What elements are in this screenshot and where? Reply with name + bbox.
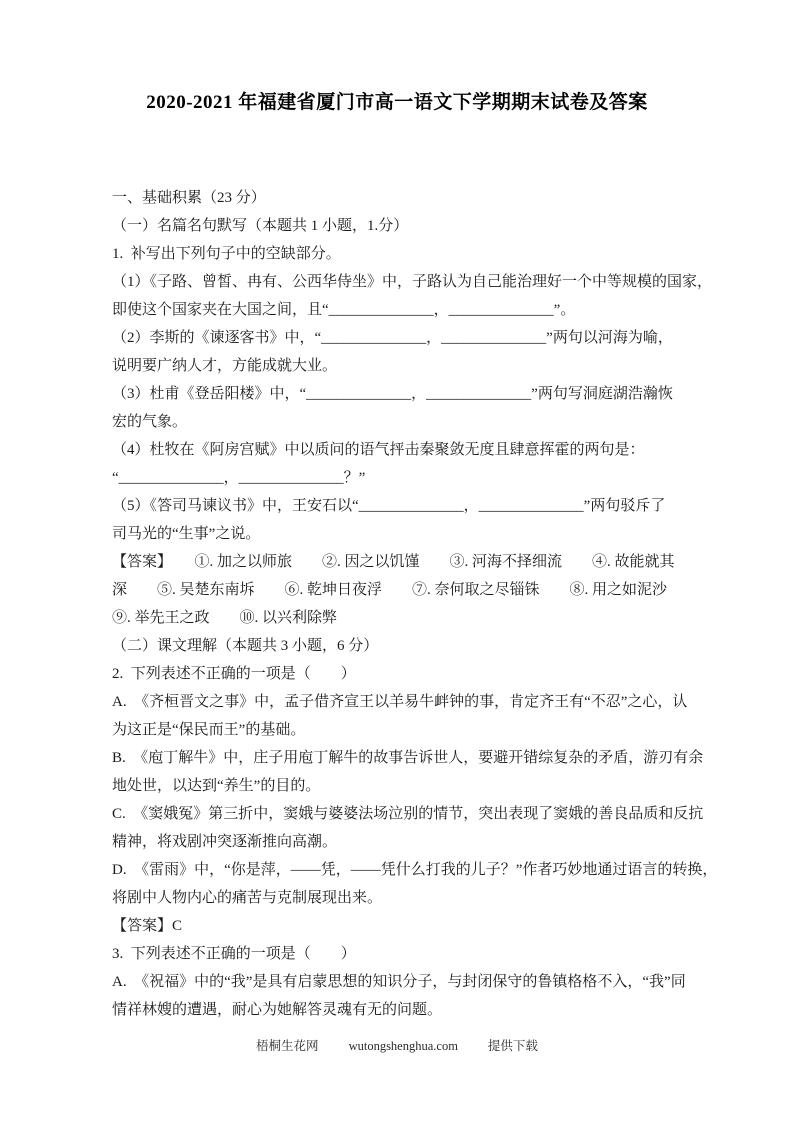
text-line: 1. 补写出下列句子中的空缺部分。 [112, 240, 724, 268]
text-line: 一、基础积累（23 分） [112, 184, 724, 212]
text-line: “______________，______________？” [112, 464, 724, 492]
text-line: 地处世，以达到“养生”的目的。 [112, 772, 724, 800]
text-line: D. 《雷雨》中，“你是萍，——凭，——凭什么打我的儿子？”作者巧妙地通过语言的… [112, 856, 724, 884]
text-line: （4）杜牧在《阿房宫赋》中以质问的语气抨击秦聚敛无度且肆意挥霍的两句是： [112, 436, 724, 464]
text-line: 【答案】 ①. 加之以师旅 ②. 因之以饥馑 ③. 河海不择细流 ④. 故能就其 [112, 548, 724, 576]
footer-site-name: 梧桐生花网 [256, 1036, 319, 1054]
footer-download-label: 提供下载 [488, 1036, 538, 1054]
text-line: 精神，将戏剧冲突逐渐推向高潮。 [112, 828, 724, 856]
text-line: 即使这个国家夹在大国之间，且“______________，__________… [112, 296, 724, 324]
text-line: （1）《子路、曾皙、冉有、公西华侍坐》中，子路认为自己能治理好一个中等规模的国家… [112, 268, 724, 296]
text-line: 情祥林嫂的遭遇，耐心为她解答灵魂有无的问题。 [112, 996, 724, 1024]
text-line: （5）《答司马谏议书》中，王安石以“______________，_______… [112, 492, 724, 520]
text-line: （一）名篇名句默写（本题共 1 小题，1.分） [112, 212, 724, 240]
text-line: （3）杜甫《登岳阳楼》中，“______________，___________… [112, 380, 724, 408]
text-line: ⑨. 举先王之政 ⑩. 以兴利除弊 [112, 604, 724, 632]
text-line: A. 《齐桓晋文之事》中，孟子借齐宣王以羊易牛衅钟的事，肯定齐王有“不忍”之心，… [112, 688, 724, 716]
page-footer: 梧桐生花网 wutongshenghua.com 提供下载 [0, 1036, 794, 1054]
text-line: 说明要广纳人才，方能成就大业。 [112, 352, 724, 380]
text-line: A. 《祝福》中的“我”是具有启蒙思想的知识分子，与封闭保守的鲁镇格格不入，“我… [112, 968, 724, 996]
text-line: 深 ⑤. 吴楚东南坼 ⑥. 乾坤日夜浮 ⑦. 奈何取之尽锱铢 ⑧. 用之如泥沙 [112, 576, 724, 604]
text-line: 司马光的“生事”之说。 [112, 520, 724, 548]
text-line: C. 《窦娥冤》第三折中，窦娥与婆婆法场泣别的情节，突出表现了窦娥的善良品质和反… [112, 800, 724, 828]
page-title: 2020-2021 年福建省厦门市高一语文下学期期末试卷及答案 [0, 0, 794, 118]
text-line: 【答案】C [112, 912, 724, 940]
text-line: 为这正是“保民而王”的基础。 [112, 716, 724, 744]
text-line: B. 《庖丁解牛》中，庄子用庖丁解牛的故事告诉世人，要避开错综复杂的矛盾，游刃有… [112, 744, 724, 772]
footer-site-domain: wutongshenghua.com [349, 1039, 458, 1054]
text-line: （二）课文理解（本题共 3 小题，6 分） [112, 632, 724, 660]
document-body: 一、基础积累（23 分）（一）名篇名句默写（本题共 1 小题，1.分）1. 补写… [0, 184, 794, 1024]
text-line: 将剧中人物内心的痛苦与克制展现出来。 [112, 884, 724, 912]
text-line: 2. 下列表述不正确的一项是（ ） [112, 660, 724, 688]
text-line: （2）李斯的《谏逐客书》中，“______________，__________… [112, 324, 724, 352]
text-line: 宏的气象。 [112, 408, 724, 436]
text-line: 3. 下列表述不正确的一项是（ ） [112, 940, 724, 968]
document-page: 2020-2021 年福建省厦门市高一语文下学期期末试卷及答案 一、基础积累（2… [0, 0, 794, 1122]
